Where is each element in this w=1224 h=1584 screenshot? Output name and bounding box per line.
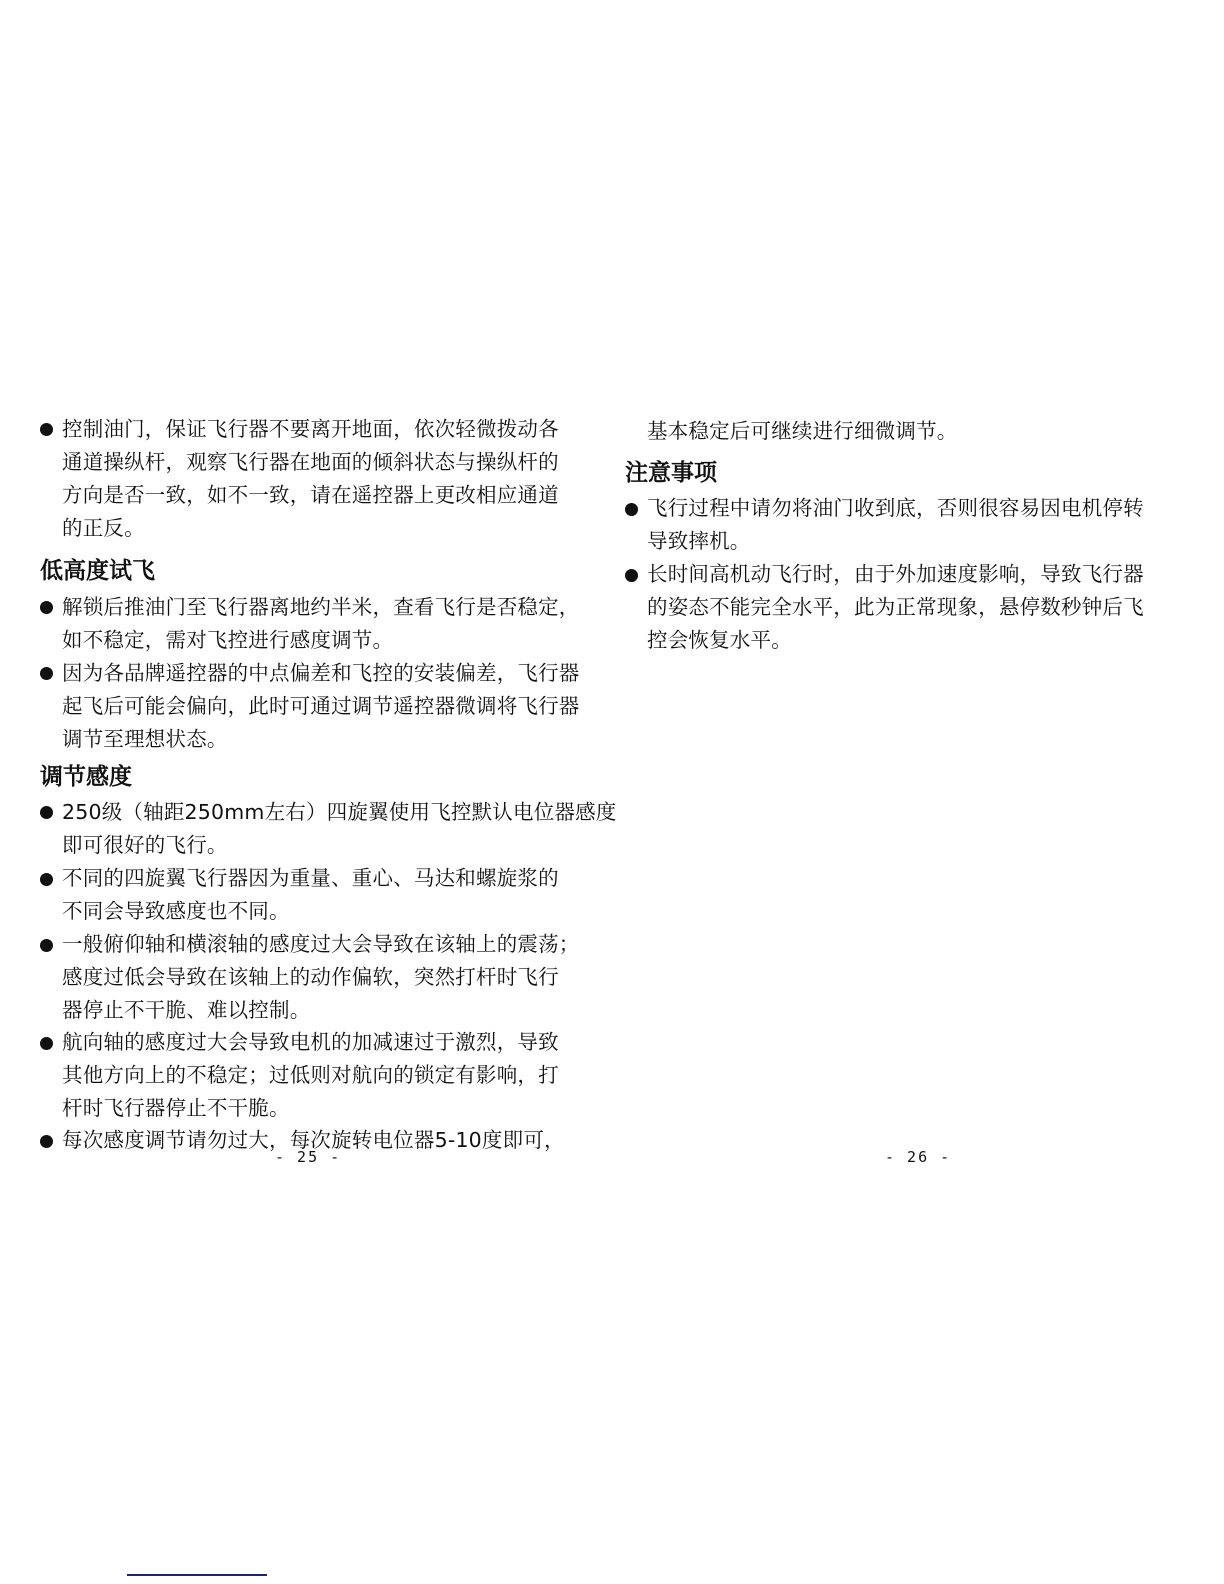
text-line: 控制油门，保证飞行器不要离开地面，依次轻微拨动各: [62, 413, 559, 446]
page-number: - 26 -: [885, 1148, 951, 1166]
text-line: 长时间高机动飞行时，由于外加速度影响，导致飞行器: [647, 558, 1144, 591]
text-line: 导致摔机。: [647, 525, 751, 558]
bullet-icon: [40, 1037, 53, 1050]
text-line: 250级（轴距250mm左右）四旋翼使用飞控默认电位器感度: [62, 796, 617, 829]
text-line: 其他方向上的不稳定；过低则对航向的锁定有影响，打: [62, 1059, 559, 1092]
text-line: 解锁后推油门至飞行器离地约半米，查看飞行是否稳定，: [62, 591, 580, 624]
page-number: - 25 -: [275, 1148, 341, 1166]
bullet-icon: [625, 503, 638, 516]
bullet-icon: [40, 423, 53, 436]
text-line: 不同的四旋翼飞行器因为重量、重心、马达和螺旋浆的: [62, 862, 559, 895]
decorative-underline: [127, 1574, 267, 1576]
text-line: 不同会导致感度也不同。: [62, 895, 290, 928]
text-line: 一般俯仰轴和横滚轴的感度过大会导致在该轴上的震荡；: [62, 928, 580, 961]
text-line: 即可很好的飞行。: [62, 829, 228, 862]
section-heading-sensitivity-adjust: 调节感度: [40, 758, 132, 791]
bullet-icon: [40, 601, 53, 614]
bullet-icon: [40, 873, 53, 886]
bullet-icon: [40, 1135, 53, 1148]
text-line: 的姿态不能完全水平，此为正常现象，悬停数秒钟后飞: [647, 591, 1144, 624]
text-line: 通道操纵杆，观察飞行器在地面的倾斜状态与操纵杆的: [62, 446, 559, 479]
bullet-icon: [40, 806, 53, 819]
text-line: 器停止不干脆、难以控制。: [62, 994, 310, 1027]
text-line: 调节至理想状态。: [62, 723, 228, 756]
text-line: 的正反。: [62, 512, 145, 545]
continuation-text: 基本稳定后可继续进行细微调节。: [647, 415, 958, 448]
bullet-icon: [40, 667, 53, 680]
section-heading-precautions: 注意事项: [625, 454, 717, 487]
text-line: 感度过低会导致在该轴上的动作偏软，突然打杆时飞行: [62, 961, 559, 994]
text-line: 杆时飞行器停止不干脆。: [62, 1092, 290, 1125]
bullet-icon: [40, 939, 53, 952]
text-line: 航向轴的感度过大会导致电机的加减速过于激烈，导致: [62, 1026, 559, 1059]
text-line: 因为各品牌遥控器的中点偏差和飞控的安装偏差，飞行器: [62, 657, 580, 690]
section-heading-low-altitude-test: 低高度试飞: [40, 552, 155, 585]
text-line: 起飞后可能会偏向，此时可通过调节遥控器微调将飞行器: [62, 690, 580, 723]
bullet-icon: [625, 569, 638, 582]
text-line: 飞行过程中请勿将油门收到底，否则很容易因电机停转: [647, 492, 1144, 525]
text-line: 如不稳定，需对飞控进行感度调节。: [62, 624, 393, 657]
text-line: 方向是否一致，如不一致，请在遥控器上更改相应通道: [62, 479, 559, 512]
text-line: 控会恢复水平。: [647, 624, 792, 657]
